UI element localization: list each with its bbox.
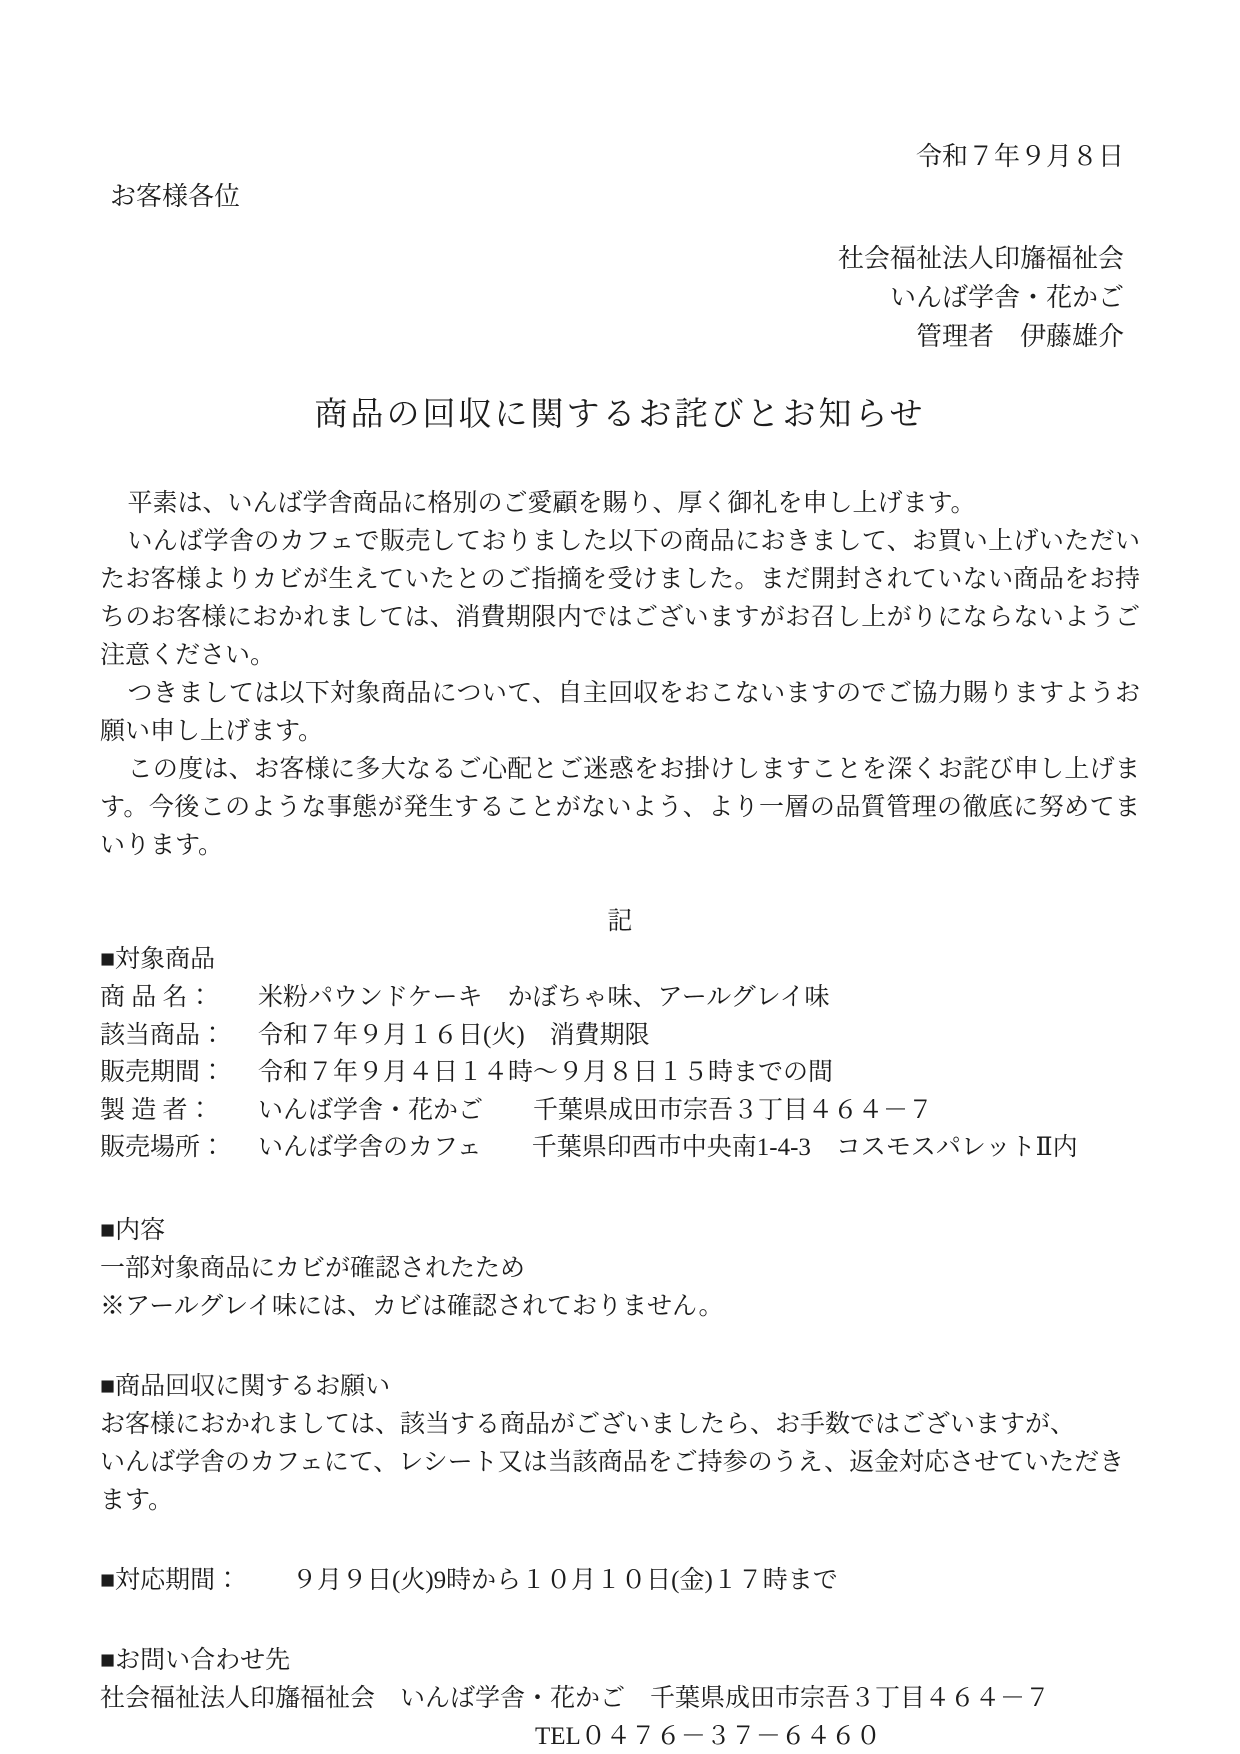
row-label: 製 造 者： — [100, 1092, 258, 1130]
details-line: 一部対象商品にカビが確認されたため — [100, 1250, 1140, 1288]
row-label: 該当商品： — [100, 1017, 258, 1055]
document-date: 令和７年９月８日 — [100, 138, 1140, 176]
sender-block: 社会福祉法人印旛福祉会 いんば学舎・花かご 管理者 伊藤雄介 — [100, 239, 1140, 356]
target-products-table: 商 品 名： 米粉パウンドケーキ かぼちゃ味、アールグレイ味 該当商品： 令和７… — [100, 979, 1140, 1167]
body-text: 平素は、いんば学舎商品に格別のご愛顧を賜り、厚く御礼を申し上げます。 いんば学舎… — [100, 485, 1140, 865]
recall-request-line: いんば学舎のカフェにて、レシート又は当該商品をご持参のうえ、返金対応させていただ… — [100, 1444, 1140, 1520]
table-row: 販売期間： 令和７年９月４日１４時～９月８日１５時までの間 — [100, 1054, 1140, 1092]
page-title: 商品の回収に関するお詫びとお知らせ — [100, 388, 1140, 435]
table-row: 製 造 者： いんば学舎・花かご 千葉県成田市宗吾３丁目４６４－７ — [100, 1092, 1140, 1130]
details-heading: ■内容 — [100, 1212, 1140, 1250]
row-label: 商 品 名： — [100, 979, 258, 1017]
response-period-label: ■対応期間： — [100, 1562, 292, 1600]
table-row: 販売場所： いんば学舎のカフェ 千葉県印西市中央南1-4-3 コスモスパレットⅡ… — [100, 1129, 1140, 1167]
body-paragraph: いんば学舎のカフェで販売しておりました以下の商品におきまして、お買い上げいただい… — [100, 523, 1140, 675]
response-period: ■対応期間： ９月９日(火)9時から１０月１０日(金)１７時まで — [100, 1562, 1140, 1600]
recall-request-line: お客様におかれましては、該当する商品がございましたら、お手数ではございますが、 — [100, 1406, 1140, 1444]
sender-store: いんば学舎・花かご — [100, 278, 1124, 317]
contact-line: 社会福祉法人印旛福祉会 いんば学舎・花かご 千葉県成田市宗吾３丁目４６４－７ — [100, 1680, 1140, 1718]
table-row: 商 品 名： 米粉パウンドケーキ かぼちゃ味、アールグレイ味 — [100, 979, 1140, 1017]
row-value: 令和７年９月４日１４時～９月８日１５時までの間 — [258, 1054, 1140, 1092]
row-value: 令和７年９月１６日(火) 消費期限 — [258, 1017, 1140, 1055]
body-paragraph: 平素は、いんば学舎商品に格別のご愛顧を賜り、厚く御礼を申し上げます。 — [100, 485, 1140, 523]
recall-notice-document: 令和７年９月８日 お客様各位 社会福祉法人印旛福祉会 いんば学舎・花かご 管理者… — [0, 0, 1240, 1754]
details-line: ※アールグレイ味には、カビは確認されておりません。 — [100, 1288, 1140, 1326]
notation-ki: 記 — [100, 903, 1140, 941]
target-products-heading: ■対象商品 — [100, 941, 1140, 979]
salutation: お客様各位 — [100, 178, 1140, 216]
row-label: 販売期間： — [100, 1054, 258, 1092]
sender-organization: 社会福祉法人印旛福祉会 — [100, 239, 1124, 278]
row-label: 販売場所： — [100, 1129, 258, 1167]
row-value: いんば学舎・花かご 千葉県成田市宗吾３丁目４６４－７ — [258, 1092, 1140, 1130]
table-row: 該当商品： 令和７年９月１６日(火) 消費期限 — [100, 1017, 1140, 1055]
body-paragraph: つきましては以下対象商品について、自主回収をおこないますのでご協力賜りますようお… — [100, 675, 1140, 751]
recall-request-heading: ■商品回収に関するお願い — [100, 1368, 1140, 1406]
contact-heading: ■お問い合わせ先 — [100, 1642, 1140, 1680]
row-value: 米粉パウンドケーキ かぼちゃ味、アールグレイ味 — [258, 979, 1140, 1017]
sender-manager: 管理者 伊藤雄介 — [100, 317, 1124, 356]
contact-tel: TEL０４７６－３７－６４６０ — [100, 1718, 1140, 1754]
body-paragraph: この度は、お客様に多大なるご心配とご迷惑をお掛けしますことを深くお詫び申し上げま… — [100, 751, 1140, 865]
response-period-value: ９月９日(火)9時から１０月１０日(金)１７時まで — [292, 1562, 838, 1600]
row-value: いんば学舎のカフェ 千葉県印西市中央南1-4-3 コスモスパレットⅡ内 — [258, 1129, 1140, 1167]
